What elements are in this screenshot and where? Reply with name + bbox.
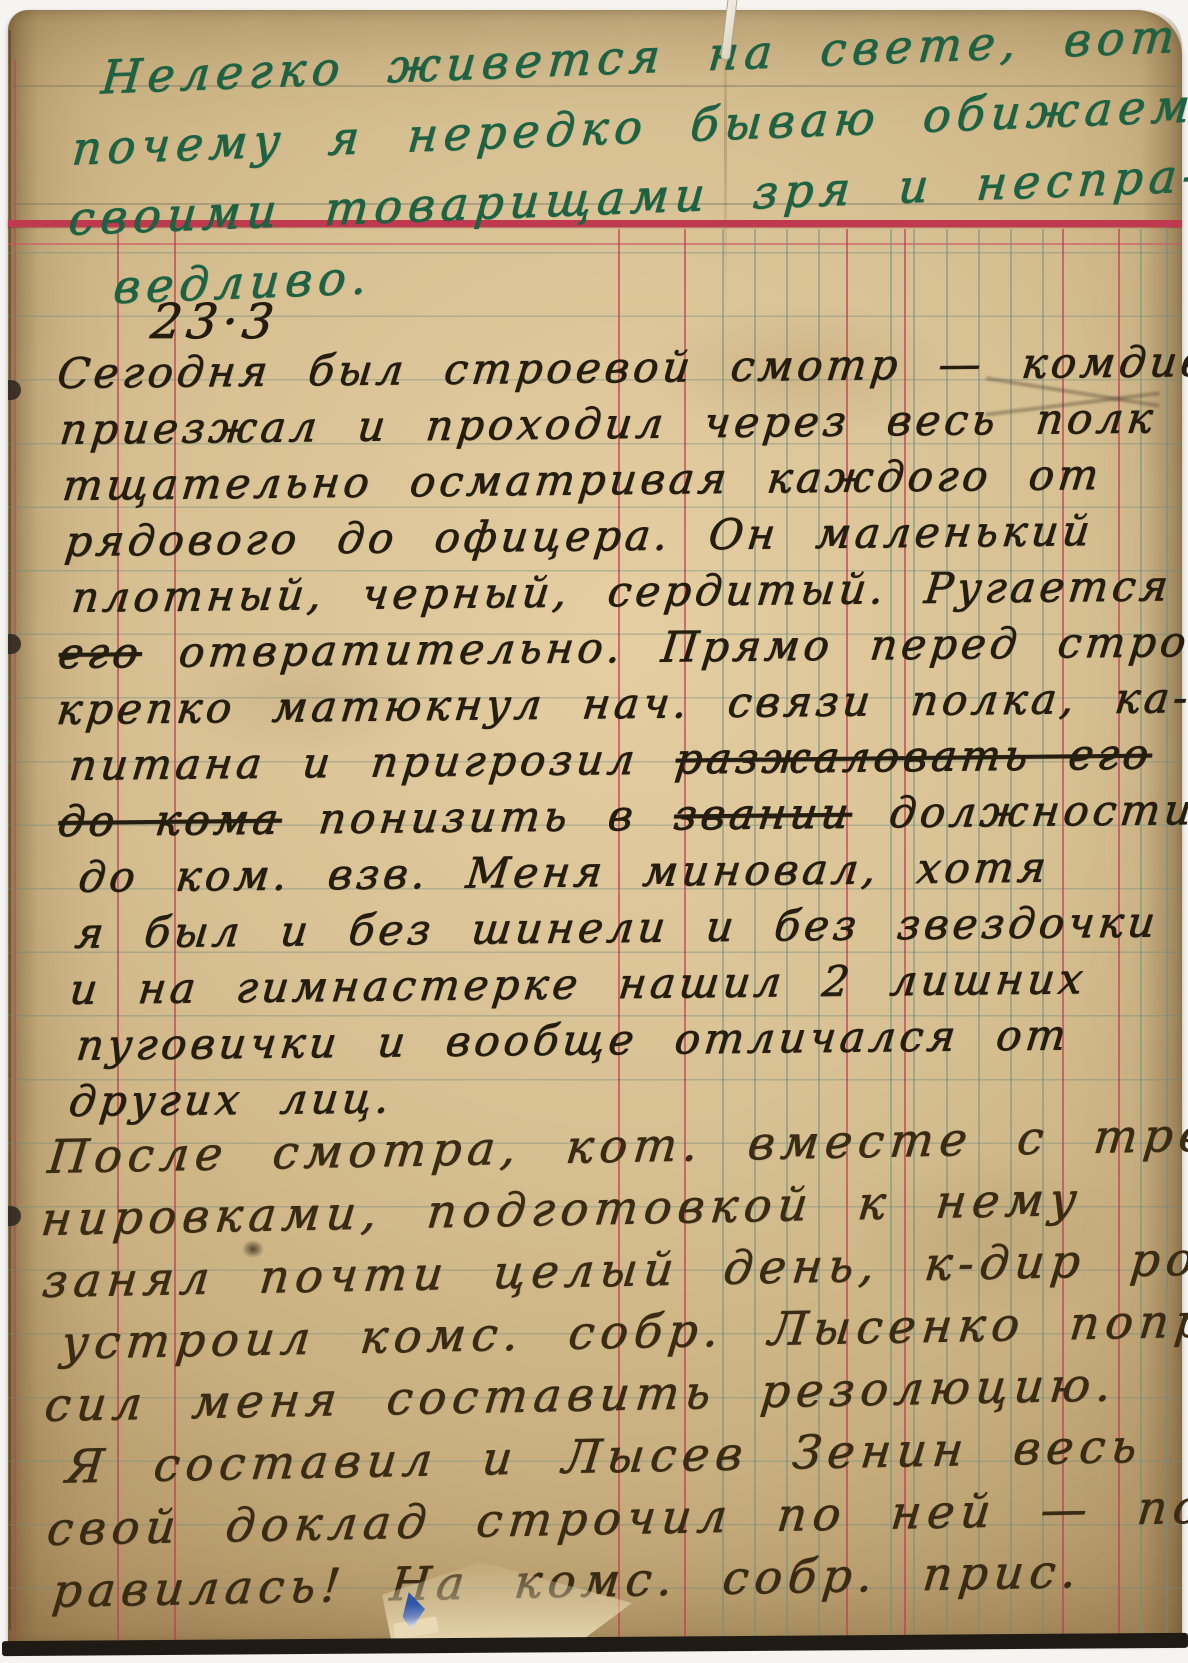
entry-paragraph-2: После смотра, кот. вместе с тре- нировка…: [36, 1102, 1188, 1622]
handwriting-segment: должности: [850, 785, 1188, 838]
crossed-out-word: его: [56, 628, 145, 678]
entry-date: 23·3: [148, 294, 275, 350]
entry-paragraph-1: Сегодня был строевой смотр — комдив прие…: [50, 333, 1188, 1130]
intro-note: Нелегко живется на свете, вот почему я н…: [58, 0, 1188, 323]
handwriting-line: 23·3: [148, 294, 282, 350]
scanned-page: Нелегко живется на свете, вот почему я н…: [0, 0, 1188, 1663]
handwriting-segment: отвратительно. Прямо перед строем: [139, 616, 1188, 677]
margin-rule-red: [14, 60, 16, 1640]
handwriting-segment: питана и пригрозил: [67, 734, 678, 789]
crossed-out-word: разжаловать его: [673, 729, 1155, 783]
crossed-out-word: звании: [671, 789, 855, 840]
crossed-out-word: до кома: [56, 795, 285, 846]
handwriting-segment: понизить в: [279, 790, 677, 843]
